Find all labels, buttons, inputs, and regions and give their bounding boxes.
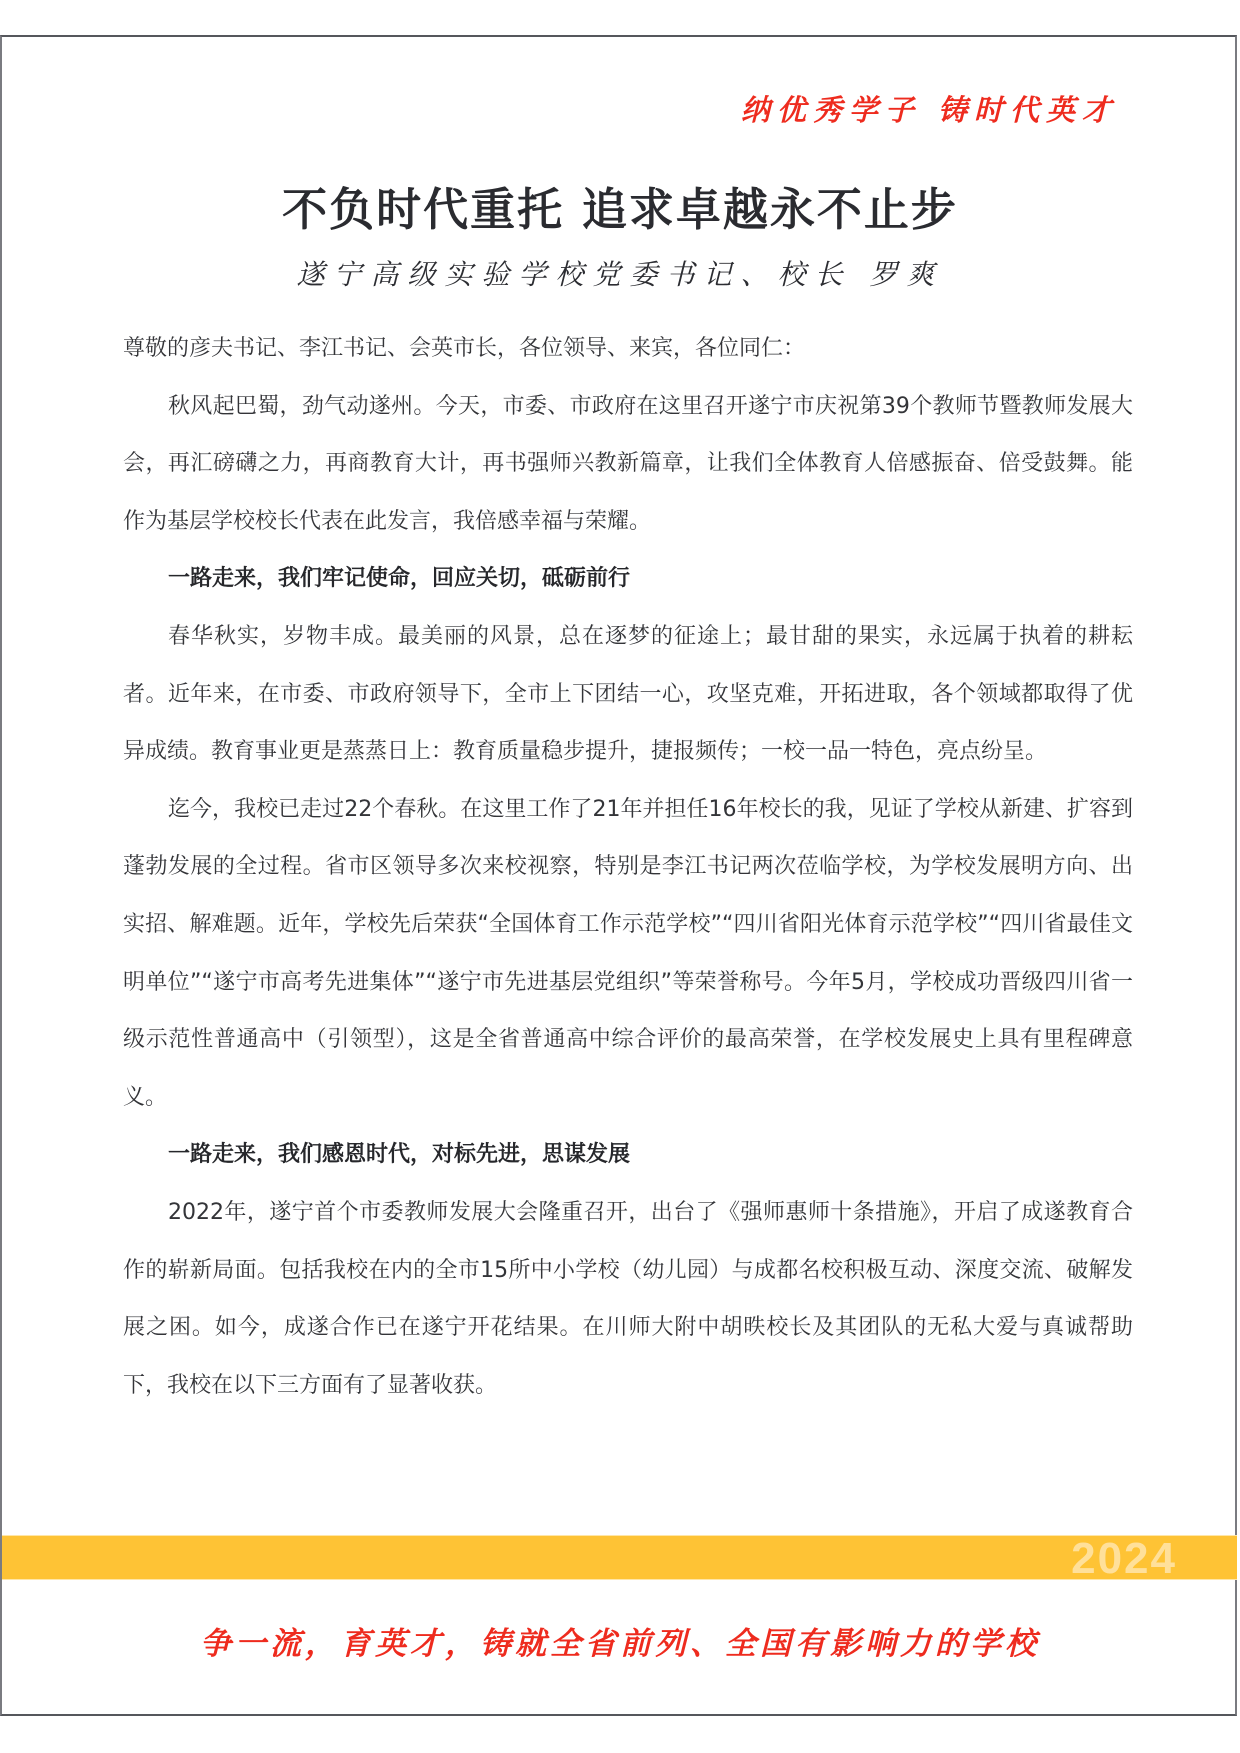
- footer-slogan: 争一流，育英才，铸就全省前列、全国有影响力的学校: [0, 1618, 1240, 1663]
- header-slogan: 纳优秀学子 铸时代英才: [741, 88, 1118, 129]
- year-band: 2024: [2, 1535, 1237, 1580]
- section-heading: 一路走来，我们牢记使命，回应关切，砥砺前行: [123, 550, 1133, 608]
- section-heading: 一路走来，我们感恩时代，对标先进，思谋发展: [123, 1126, 1133, 1184]
- article-byline: 遂宁高级实验学校党委书记、校长 罗爽: [0, 253, 1240, 293]
- paragraph: 2022年，遂宁首个市委教师发展大会隆重召开，出台了《强师惠师十条措施》，开启了…: [123, 1184, 1133, 1414]
- salutation: 尊敬的彦夫书记、李江书记、会英市长，各位领导、来宾，各位同仁：: [123, 320, 1133, 378]
- paragraph: 春华秋实，岁物丰成。最美丽的风景，总在逐梦的征途上；最甘甜的果实，永远属于执着的…: [123, 608, 1133, 781]
- article-body: 尊敬的彦夫书记、李江书记、会英市长，各位领导、来宾，各位同仁： 秋风起巴蜀，劲气…: [123, 320, 1133, 1414]
- year-label: 2024: [1071, 1536, 1177, 1581]
- article-title: 不负时代重托 追求卓越永不止步: [0, 173, 1240, 238]
- paragraph: 秋风起巴蜀，劲气动遂州。今天，市委、市政府在这里召开遂宁市庆祝第39个教师节暨教…: [123, 378, 1133, 551]
- paragraph: 迄今，我校已走过22个春秋。在这里工作了21年并担任16年校长的我，见证了学校从…: [123, 781, 1133, 1127]
